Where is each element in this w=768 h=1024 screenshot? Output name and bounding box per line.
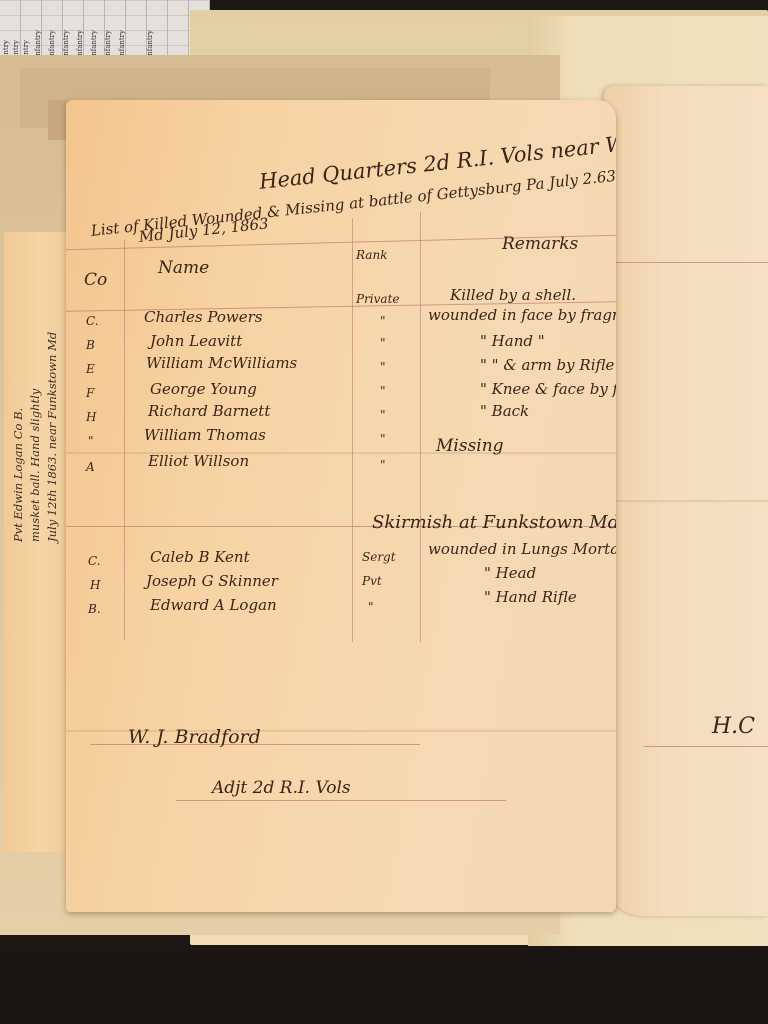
company-cell: B. [88,602,101,616]
column-header-company: Co [84,270,107,290]
column-header-rank: Rank [356,248,387,262]
remarks-cell: " Back [480,402,529,420]
company-cell: H [86,410,96,424]
company-cell: F [86,386,94,400]
company-cell: A [86,460,95,474]
signature: W. J. Bradford [128,726,261,748]
ruled-line [604,262,768,263]
ruled-line [644,746,768,747]
name-cell: William McWilliams [146,354,297,372]
rank-cell: " [368,600,374,614]
remarks-cell: wounded in Lungs Mortally [428,540,616,558]
name-cell: John Leavitt [150,332,242,350]
remarks-cell: " Hand Rifle [484,588,577,606]
rank-cell: Sergt [362,550,396,564]
side-note-line: Pvt Edwin Logan Co B. [10,242,27,542]
rank-cell: " [380,384,386,398]
remarks-cell: wounded in face by fragment [428,306,616,324]
signature-title-line [176,800,506,801]
column-header-name: Name [158,258,209,278]
name-cell: Joseph G Skinner [146,572,278,590]
name-cell: William Thomas [144,426,266,444]
side-note-slip: Pvt Edwin Logan Co B. musket ball. Hand … [4,232,75,852]
skirmish-heading: Skirmish at Funkstown Md [372,512,616,533]
name-cell: Elliot Willson [148,452,249,470]
column-rule [420,212,421,642]
remarks-cell: " Head [484,564,536,582]
name-cell: Edward A Logan [150,596,277,614]
rank-cell: " [380,458,386,472]
document-right-page: H.C [604,86,768,916]
company-cell: E [86,362,95,376]
company-cell: " [88,434,94,448]
side-note-text: Pvt Edwin Logan Co B. musket ball. Hand … [10,242,72,542]
remarks-cell: " Knee & face by frag [480,380,616,398]
column-rule [352,218,353,642]
table-surface [0,950,768,1024]
rank-cell: Pvt [362,574,382,588]
column-rule [124,240,125,640]
column-header-remarks: Remarks [502,234,578,254]
name-cell: Richard Barnett [148,402,270,420]
remarks-cell: " " & arm by Rifle [480,356,614,374]
name-cell: Charles Powers [144,308,263,326]
name-cell: Caleb B Kent [150,548,250,566]
document-left-page: Head Quarters 2d R.I. Vols near Wa List … [66,100,616,912]
rank-cell: " [380,408,386,422]
company-cell: C. [88,554,101,568]
rank-cell: Private [356,292,400,306]
side-note-line: July 12th 1863. near Funkstown Md [44,242,61,542]
remarks-cell: Missing [436,436,504,456]
signature-title: Adjt 2d R.I. Vols [212,778,351,798]
company-cell: B [86,338,95,352]
rank-cell: " [380,336,386,350]
rank-cell: " [380,432,386,446]
name-cell: George Young [150,380,257,398]
remarks-cell: " Hand " [480,332,545,350]
rank-cell: " [380,360,386,374]
right-signature-fragment: H.C [712,714,755,739]
company-cell: C. [86,314,99,328]
side-note-line: musket ball. Hand slightly [27,242,44,542]
rank-cell: " [380,314,386,328]
company-cell: H [90,578,100,592]
fold-crease [604,500,768,502]
remarks-cell: Killed by a shell. [450,286,576,304]
